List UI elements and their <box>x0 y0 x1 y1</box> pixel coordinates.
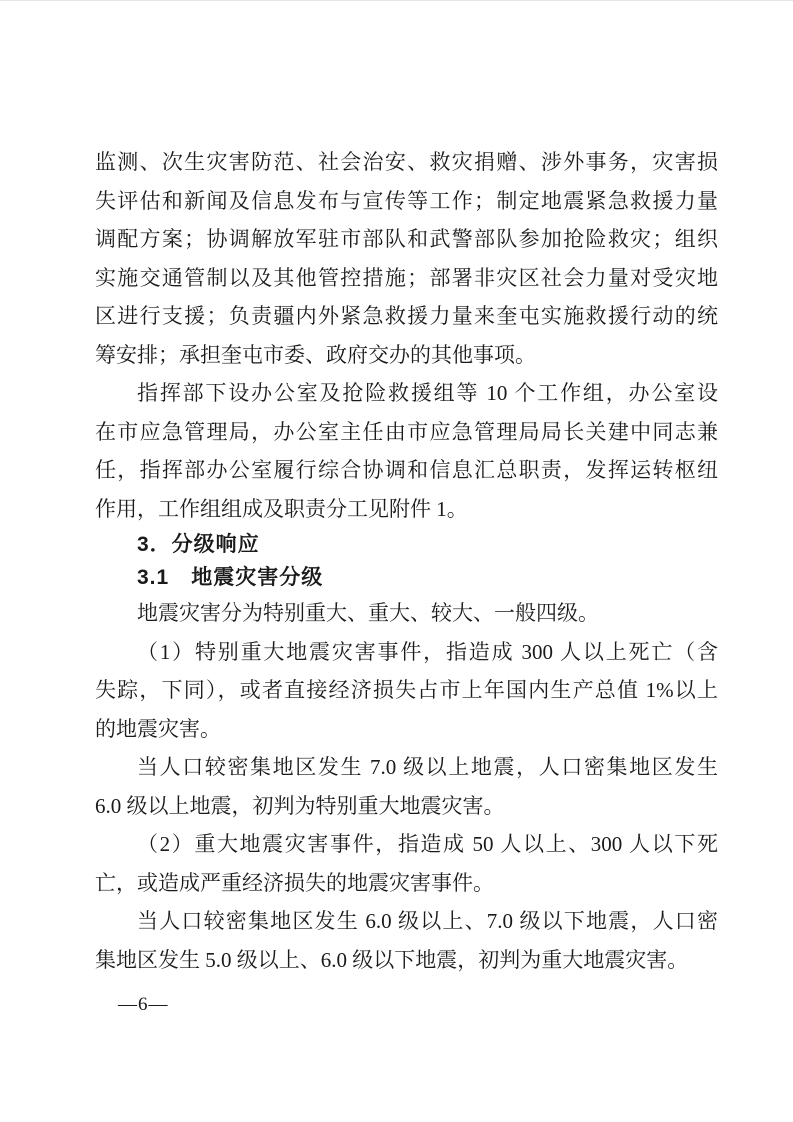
body-line: 的地震灾害。 <box>95 710 718 749</box>
body-line: 地震灾害分为特别重大、重大、较大、一般四级。 <box>95 594 718 633</box>
body-line: 指挥部下设办公室及抢险救援组等 10 个工作组，办公室设 <box>95 374 718 413</box>
body-line: （1）特别重大地震灾害事件，指造成 300 人以上死亡（含 <box>95 633 718 672</box>
page-number: —6— <box>118 994 169 1016</box>
subsection-heading: 3.1 地震灾害分级 <box>95 561 718 594</box>
body-line: 作用，工作组组成及职责分工见附件 1。 <box>95 490 718 529</box>
body-line: 监测、次生灾害防范、社会治安、救灾捐赠、涉外事务，灾害损 <box>95 143 718 182</box>
body-line: 失踪，下同），或者直接经济损失占市上年国内生产总值 1%以上 <box>95 671 718 710</box>
body-line: 在市应急管理局，办公室主任由市应急管理局局长关建中同志兼 <box>95 413 718 452</box>
body-line: 筹安排；承担奎屯市委、政府交办的其他事项。 <box>95 336 718 375</box>
body-line: 当人口较密集地区发生 6.0 级以上、7.0 级以下地震，人口密 <box>95 902 718 941</box>
body-line: （2）重大地震灾害事件，指造成 50 人以上、300 人以下死 <box>95 825 718 864</box>
section-heading: 3．分级响应 <box>95 528 718 561</box>
body-line: 亡，或造成严重经济损失的地震灾害事件。 <box>95 864 718 903</box>
body-line: 失评估和新闻及信息发布与宣传等工作；制定地震紧急救援力量 <box>95 182 718 221</box>
body-line: 实施交通管制以及其他管控措施；部署非灾区社会力量对受灾地 <box>95 259 718 298</box>
text-block: 监测、次生灾害防范、社会治安、救灾捐赠、涉外事务，灾害损 失评估和新闻及信息发布… <box>95 143 718 979</box>
body-line: 6.0 级以上地震，初判为特别重大地震灾害。 <box>95 787 718 826</box>
body-line: 当人口较密集地区发生 7.0 级以上地震，人口密集地区发生 <box>95 748 718 787</box>
document-page: 监测、次生灾害防范、社会治安、救灾捐赠、涉外事务，灾害损 失评估和新闻及信息发布… <box>0 0 793 1122</box>
body-line: 集地区发生 5.0 级以上、6.0 级以下地震，初判为重大地震灾害。 <box>95 941 718 980</box>
body-line: 区进行支援；负责疆内外紧急救援力量来奎屯实施救援行动的统 <box>95 297 718 336</box>
body-line: 任，指挥部办公室履行综合协调和信息汇总职责，发挥运转枢纽 <box>95 451 718 490</box>
body-line: 调配方案；协调解放军驻市部队和武警部队参加抢险救灾；组织 <box>95 220 718 259</box>
